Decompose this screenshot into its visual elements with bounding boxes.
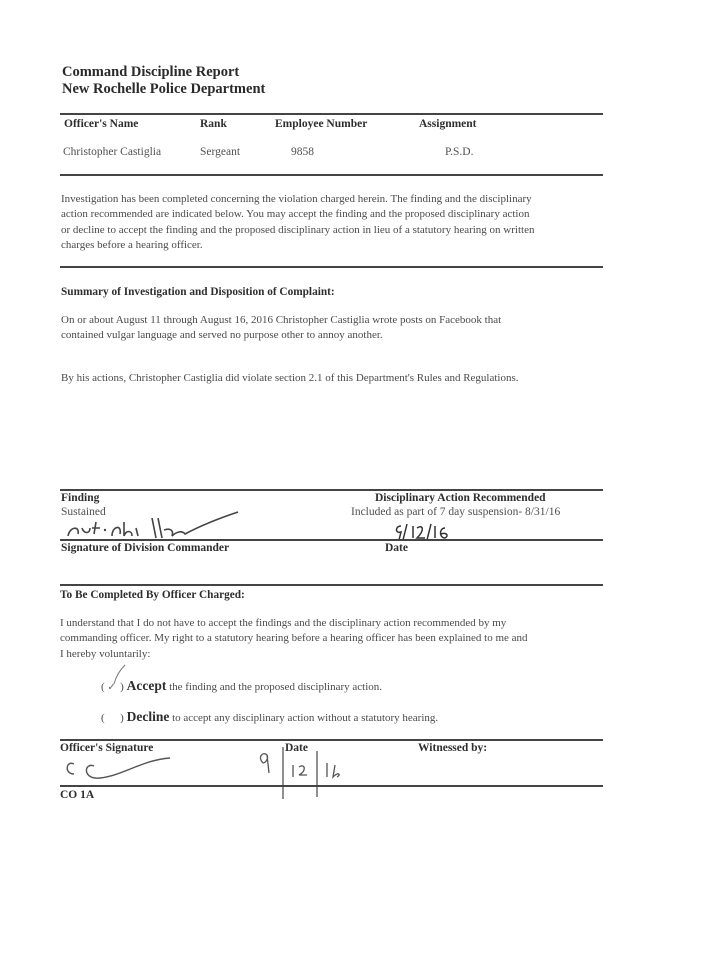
- commander-signature: [60, 508, 250, 542]
- assignment-value: P.S.D.: [445, 146, 473, 158]
- checkbox-decline[interactable]: ( ): [101, 712, 124, 724]
- column-header-assignment: Assignment: [419, 118, 477, 130]
- report-title: Command Discipline Report: [62, 64, 239, 81]
- accept-text: the finding and the proposed disciplinar…: [166, 681, 382, 693]
- column-header-officer-name: Officer's Name: [64, 118, 138, 130]
- rank-value: Sergeant: [200, 146, 240, 158]
- officer-section-paragraph: I understand that I do not have to accep…: [60, 616, 605, 662]
- disciplinary-action-label: Disciplinary Action Recommended: [375, 492, 546, 504]
- violation-statement: By his actions, Christopher Castiglia di…: [61, 371, 606, 386]
- finding-label: Finding: [61, 492, 99, 504]
- column-header-employee-number: Employee Number: [275, 118, 367, 130]
- officer-section-line: I understand that I do not have to accep…: [60, 616, 605, 631]
- officer-name-value: Christopher Castiglia: [63, 146, 161, 158]
- divider: [60, 113, 603, 115]
- intro-line: or decline to accept the finding and the…: [61, 223, 606, 238]
- divider: [60, 266, 603, 268]
- divider: [60, 174, 603, 176]
- date-label: Date: [385, 542, 408, 554]
- decline-keyword: Decline: [127, 709, 170, 724]
- department-name: New Rochelle Police Department: [62, 81, 265, 98]
- intro-line: action recommended are indicated below. …: [61, 207, 606, 222]
- divider: [60, 539, 603, 541]
- option-decline[interactable]: ( ) Decline to accept any disciplinary a…: [101, 709, 438, 726]
- divider: [60, 739, 603, 741]
- summary-heading: Summary of Investigation and Disposition…: [61, 286, 335, 298]
- accept-keyword: Accept: [127, 678, 167, 693]
- officer-date-handwritten: [255, 745, 365, 801]
- column-header-rank: Rank: [200, 118, 227, 130]
- officer-signature: [62, 752, 182, 782]
- intro-line: charges before a hearing officer.: [61, 238, 606, 253]
- summary-line: On or about August 11 through August 16,…: [61, 313, 606, 328]
- check-stroke-icon: [112, 664, 126, 688]
- signature-of-division-commander-label: Signature of Division Commander: [61, 542, 229, 554]
- divider: [60, 584, 603, 586]
- officer-section-heading: To Be Completed By Officer Charged:: [60, 589, 245, 601]
- divider: [60, 785, 603, 787]
- disciplinary-action-value: Included as part of 7 day suspension- 8/…: [351, 506, 560, 518]
- intro-paragraph: Investigation has been completed concern…: [61, 192, 606, 253]
- divider: [60, 489, 603, 491]
- option-accept[interactable]: ( ✓ ) Accept the finding and the propose…: [101, 678, 382, 695]
- summary-line: contained vulgar language and served no …: [61, 328, 606, 343]
- witnessed-by-label: Witnessed by:: [418, 742, 487, 754]
- form-code: CO 1A: [60, 789, 94, 801]
- summary-paragraph: On or about August 11 through August 16,…: [61, 313, 606, 344]
- officer-section-line: commanding officer. My right to a statut…: [60, 631, 605, 646]
- employee-number-value: 9858: [291, 146, 314, 158]
- intro-line: Investigation has been completed concern…: [61, 192, 606, 207]
- officer-section-line: I hereby voluntarily:: [60, 647, 605, 662]
- decline-text: to accept any disciplinary action withou…: [169, 712, 438, 724]
